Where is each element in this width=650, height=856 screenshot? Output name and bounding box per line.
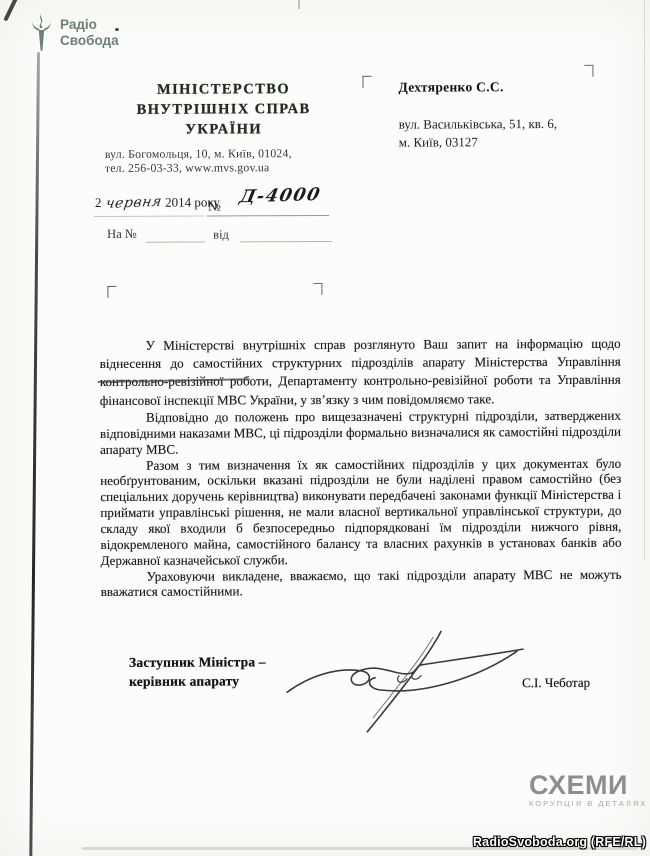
recipient-name: Дехтяренко С.С. <box>398 79 503 95</box>
number-label: № <box>208 198 221 214</box>
address-zone-bracket-right <box>313 283 322 295</box>
letter-body: У Міністерстві внутрішніх справ розгляну… <box>100 335 622 600</box>
signer-position-line2: керівник апарату <box>129 671 266 691</box>
outgoing-number-handwritten: Д-4000 <box>238 185 323 207</box>
schemes-title: СХЕМИ <box>529 772 647 798</box>
ministry-title-line3: УКРАЇНИ <box>99 119 349 140</box>
radio-svoboda-logo: Радіо Свобода <box>28 12 119 52</box>
radio-svoboda-line2: Свобода <box>60 33 119 49</box>
recipient-address-line1: вул. Васильківська, 51, кв. 6, <box>399 115 558 133</box>
ministry-address: вул. Богомольця, 10, м. Київ, 01024, тел… <box>105 147 292 175</box>
body-paragraph-3: Разом з тим визначення їх як самостійних… <box>100 455 621 569</box>
recipient-zone-bracket-right <box>584 65 593 77</box>
reply-from-underline <box>240 241 332 242</box>
signer-name: С.І. Чеботар <box>522 675 590 691</box>
body-paragraph-2: Відповідно до положень про вищезазначені… <box>100 408 621 458</box>
date-month-handwritten: червня <box>104 194 163 212</box>
number-underline <box>207 215 329 217</box>
ministry-title-line2: ВНУТРІШНІХ СПРАВ <box>99 99 349 120</box>
body-paragraph-4: Ураховуючи викладене, вважаємо, що такі … <box>101 567 622 600</box>
schemes-subtitle: КОРУПЦІЯ В ДЕТАЛЯХ <box>529 799 647 808</box>
footer-credit: RadioSvoboda.org (RFE/RL) <box>473 835 646 849</box>
recipient-address-line2: м. Київ, 03127 <box>399 132 558 150</box>
letter-date: 2червня2014 року <box>95 194 220 211</box>
signer-position-line1: Заступник Міністра – <box>129 652 266 672</box>
recipient-address: вул. Васильківська, 51, кв. 6, м. Київ, … <box>399 115 558 151</box>
scanned-letter-page: МІНІСТЕРСТВО ВНУТРІШНІХ СПРАВ УКРАЇНИ ву… <box>0 0 650 856</box>
body-paragraph-1: У Міністерстві внутрішніх справ розгляну… <box>100 335 621 410</box>
date-day: 2 <box>95 195 102 210</box>
ministry-title-line1: МІНІСТЕРСТВО <box>98 79 348 100</box>
recipient-zone-bracket-left <box>362 76 371 88</box>
address-zone-bracket-left <box>107 286 116 298</box>
signer-position: Заступник Міністра – керівник апарату <box>129 652 266 691</box>
schemes-logo: СХЕМИ КОРУПЦІЯ В ДЕТАЛЯХ <box>529 772 647 808</box>
radio-svoboda-wordmark: Радіо Свобода <box>60 17 119 49</box>
signature-stroke <box>281 629 531 735</box>
reply-from-label: від <box>213 227 229 242</box>
torch-icon <box>28 12 55 52</box>
letter-content: МІНІСТЕРСТВО ВНУТРІШНІХ СПРАВ УКРАЇНИ ву… <box>0 0 650 856</box>
ministry-address-line2: тел. 256-03-33, www.mvs.gov.ua <box>105 161 292 175</box>
reply-number-underline <box>146 242 205 243</box>
radio-svoboda-line1: Радіо <box>60 17 119 33</box>
reply-number-label: На № <box>107 227 137 242</box>
ministry-title: МІНІСТЕРСТВО ВНУТРІШНІХ СПРАВ УКРАЇНИ <box>98 79 348 140</box>
date-underline <box>94 216 204 217</box>
